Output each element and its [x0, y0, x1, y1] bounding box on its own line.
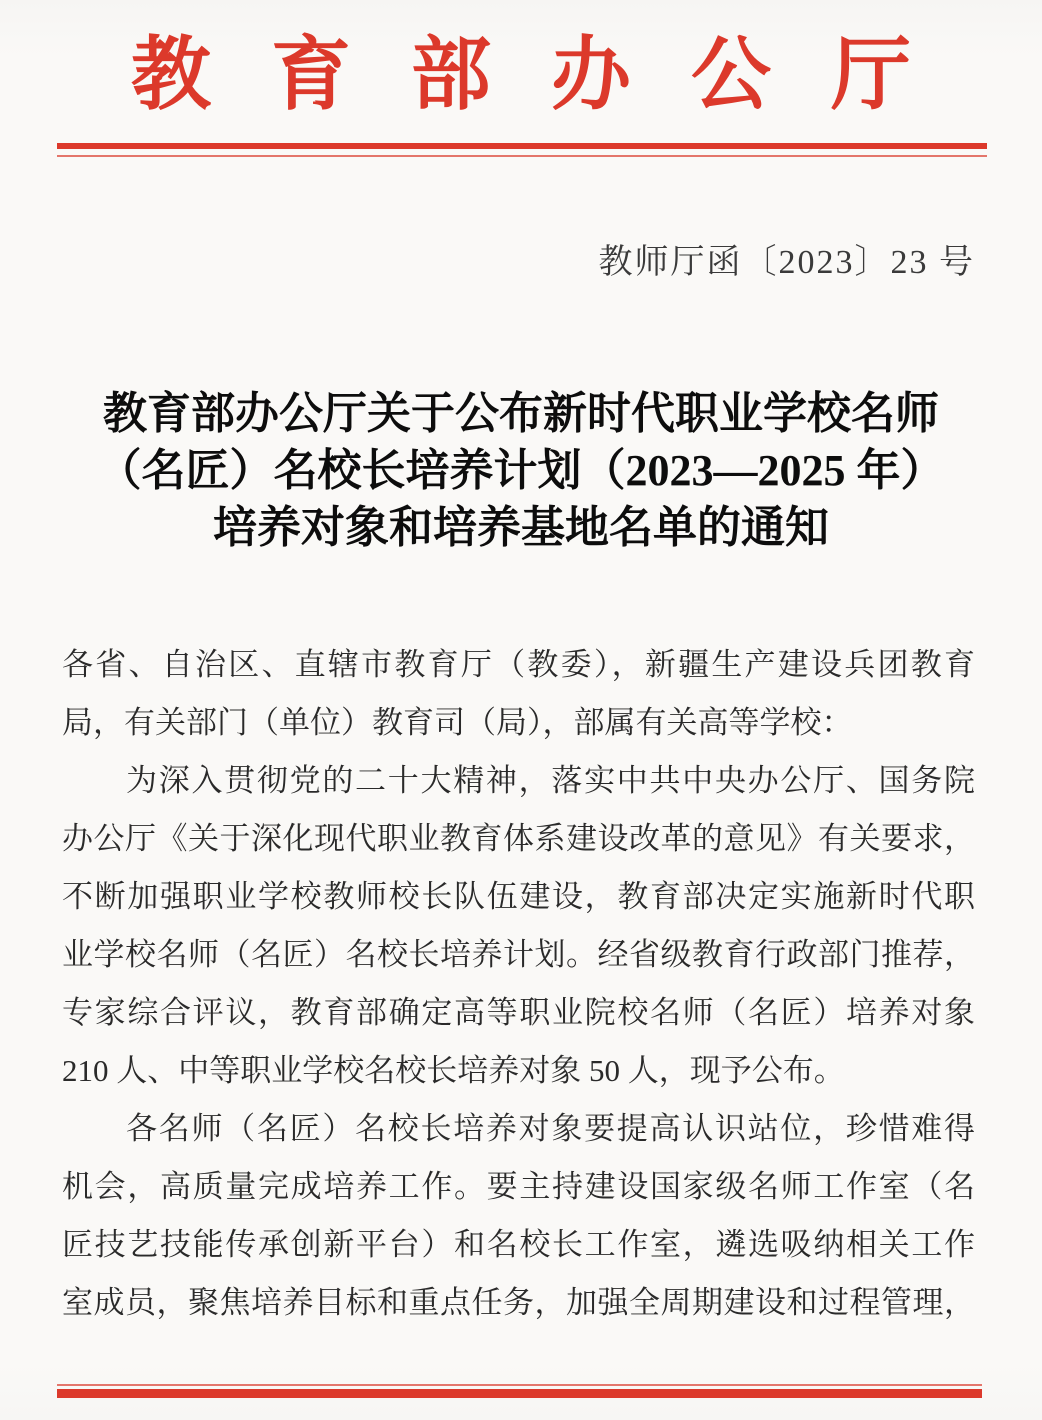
document-body: 各省、自治区、直辖市教育厅（教委），新疆生产建设兵团教育 局，有关部门（单位）教… [0, 636, 1042, 1332]
body-line: 室成员，聚焦培养目标和重点任务，加强全周期建设和过程管理， [62, 1274, 975, 1332]
document-title-line-3: 培养对象和培养基地名单的通知 [0, 499, 1042, 556]
footer-rule-thin [57, 1384, 982, 1386]
document-page: 教育部办公厅 教师厅函〔2023〕23 号 教育部办公厅关于公布新时代职业学校名… [0, 0, 1042, 1420]
body-line: 机会，高质量完成培养工作。要主持建设国家级名师工作室（名 [62, 1158, 975, 1216]
letterhead-rule-thin [57, 155, 987, 157]
document-title-line-2: （名匠）名校长培养计划（2023—2025 年） [0, 442, 1042, 499]
body-line: 专家综合评议，教育部确定高等职业院校名师（名匠）培养对象 [62, 984, 975, 1042]
footer-rule-thick [57, 1389, 982, 1398]
body-line: 业学校名师（名匠）名校长培养计划。经省级教育行政部门推荐， [62, 926, 975, 984]
body-line: 各名师（名匠）名校长培养对象要提高认识站位，珍惜难得 [62, 1100, 975, 1158]
body-line: 210 人、中等职业学校名校长培养对象 50 人，现予公布。 [62, 1042, 975, 1100]
body-line: 各省、自治区、直辖市教育厅（教委），新疆生产建设兵团教育 [62, 636, 975, 694]
letterhead-rule-thick [57, 143, 987, 149]
body-line: 不断加强职业学校教师校长队伍建设，教育部决定实施新时代职 [62, 868, 975, 926]
body-line: 办公厅《关于深化现代职业教育体系建设改革的意见》有关要求， [62, 810, 975, 868]
document-title: 教育部办公厅关于公布新时代职业学校名师 （名匠）名校长培养计划（2023—202… [0, 385, 1042, 556]
document-title-line-1: 教育部办公厅关于公布新时代职业学校名师 [0, 385, 1042, 442]
body-line: 为深入贯彻党的二十大精神，落实中共中央办公厅、国务院 [62, 752, 975, 810]
body-line: 匠技艺技能传承创新平台）和名校长工作室，遴选吸纳相关工作 [62, 1216, 975, 1274]
body-line: 局，有关部门（单位）教育司（局），部属有关高等学校： [62, 694, 975, 752]
letterhead-agency-name: 教育部办公厅 [0, 0, 1042, 122]
document-number: 教师厅函〔2023〕23 号 [0, 243, 1042, 283]
